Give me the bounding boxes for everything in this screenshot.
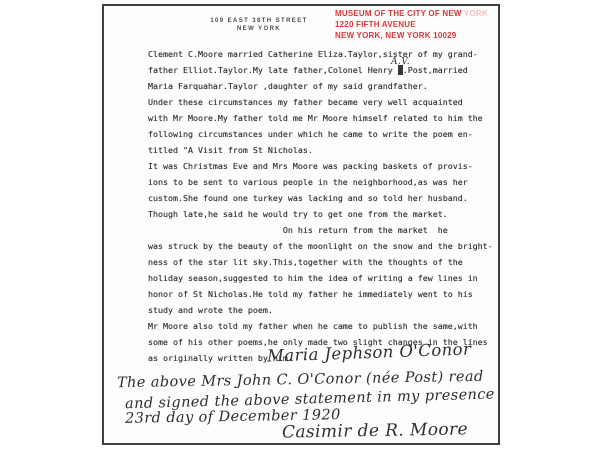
typed-line-prefix: father Elliot.Taylor.My late father,Colo… (148, 65, 398, 75)
typed-line: It was Christmas Eve and Mrs Moore was p… (148, 158, 488, 174)
typed-line: study and wrote the poem. (148, 302, 488, 318)
typed-line: Maria Farquahar.Taylor ,daughter of my s… (148, 78, 488, 94)
scanned-letter-page: 109 EAST 38TH STREET NEW YORK MUSEUM OF … (102, 4, 500, 445)
typed-line: Though late,he said he would try to get … (148, 206, 488, 222)
stamp-line-3: NEW YORK, NEW YORK 10029 (335, 30, 500, 41)
letterhead: 109 EAST 38TH STREET NEW YORK (194, 17, 324, 33)
typed-line-suffix: .Post,married (403, 65, 468, 75)
typed-line: honor of St Nicholas.He told my father h… (148, 286, 488, 302)
typed-line: custom.She found one turkey was lacking … (148, 190, 488, 206)
typed-line: was struck by the beauty of the moonligh… (148, 238, 488, 254)
typed-line: Under these circumstances my father beca… (148, 94, 488, 110)
typed-line: with Mr Moore.My father told me Mr Moore… (148, 110, 488, 126)
typed-line: ness of the star lit sky.This,together w… (148, 254, 488, 270)
letterhead-street: 109 EAST 38TH STREET (194, 17, 324, 25)
typed-line: following circumstances under which he c… (148, 126, 488, 142)
typed-line: Mr Moore also told my father when he cam… (148, 318, 488, 334)
screenshot-canvas: 109 EAST 38TH STREET NEW YORK MUSEUM OF … (0, 0, 600, 450)
typed-line: ions to be sent to various people in the… (148, 174, 488, 190)
typed-line: titled "A Visit from St Nicholas. (148, 142, 488, 158)
typed-line: holiday season,suggested to him the idea… (148, 270, 488, 286)
stamp-line-2: 1220 FIFTH AVENUE (335, 19, 500, 30)
museum-accession-stamp: MUSEUM OF THE CITY OF NEW YORK 1220 FIFT… (335, 8, 500, 41)
typed-line: Clement C.Moore married Catherine Eliza.… (148, 46, 488, 62)
typed-letter-body: Clement C.Moore married Catherine Eliza.… (148, 46, 488, 366)
stamp-museum-name: MUSEUM OF THE CITY OF NEW (335, 9, 462, 18)
stamp-faded-word: YORK (464, 9, 488, 18)
handwritten-correction: A.V. (391, 54, 410, 70)
signature-casimir-de-r-moore: Casimir de R. Moore (282, 419, 468, 442)
typed-line-with-correction: father Elliot.Taylor.My late father,Colo… (148, 62, 488, 78)
stamp-line-1: MUSEUM OF THE CITY OF NEW YORK (335, 8, 500, 19)
typed-line-indented: On his return from the market he (148, 222, 488, 238)
letterhead-city: NEW YORK (194, 25, 324, 33)
